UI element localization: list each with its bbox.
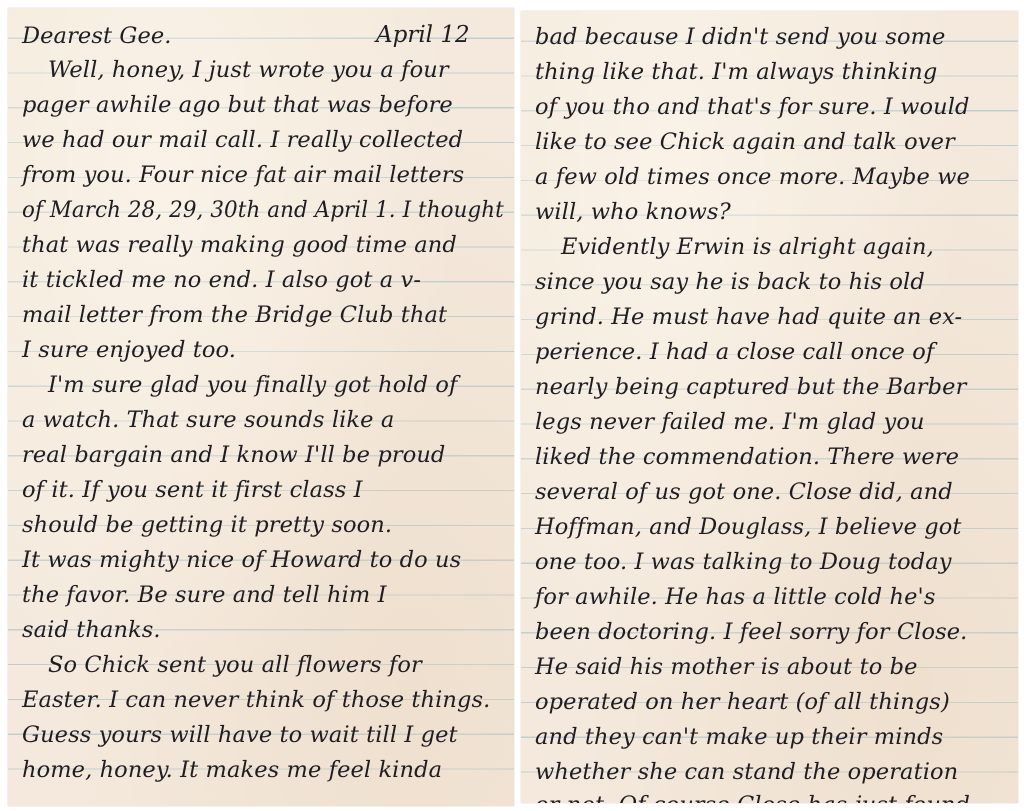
- letter-line: since you say he is back to his old: [535, 268, 925, 296]
- letter-line: Easter. I can never think of those thing…: [22, 686, 490, 714]
- letter-line: of you tho and that's for sure. I would: [535, 93, 970, 121]
- letter-line: Guess yours will have to wait till I get: [22, 721, 458, 749]
- letter-date: April 12: [376, 22, 470, 48]
- letter-line: legs never failed me. I'm glad you: [535, 408, 925, 436]
- letter-line: we had our mail call. I really collected: [22, 126, 463, 154]
- letter-page-right: bad because I didn't send you some thing…: [521, 11, 1018, 803]
- letter-line: from you. Four nice fat air mail letters: [22, 161, 464, 189]
- letter-line: I'm sure glad you finally got hold of: [48, 371, 457, 399]
- letter-line: for awhile. He has a little cold he's: [535, 583, 936, 611]
- salutation: Dearest Gee.: [22, 22, 172, 50]
- letter-line: will, who knows?: [535, 198, 731, 226]
- letter-line: said thanks.: [22, 616, 161, 644]
- letter-line: should be getting it pretty soon.: [22, 511, 392, 539]
- letter-line: or not. Of course Close has just found: [535, 791, 970, 803]
- letter-line: pager awhile ago but that was before: [22, 91, 453, 119]
- letter-line: real bargain and I know I'll be proud: [22, 441, 445, 469]
- letter-line: perience. I had a close call once of: [535, 338, 934, 366]
- letter-page-left: Dearest Gee. April 12 Well, honey, I jus…: [8, 8, 514, 806]
- letter-line: I sure enjoyed too.: [22, 336, 236, 364]
- letter-line: mail letter from the Bridge Club that: [22, 301, 447, 329]
- letter-line: thing like that. I'm always thinking: [535, 58, 937, 86]
- letter-line: whether she can stand the operation: [535, 758, 958, 786]
- left-page-text: Dearest Gee. April 12 Well, honey, I jus…: [8, 8, 514, 806]
- letter-line: the favor. Be sure and tell him I: [22, 581, 387, 609]
- letter-line: like to see Chick again and talk over: [535, 128, 955, 156]
- letter-line: liked the commendation. There were: [535, 443, 959, 471]
- letter-line: been doctoring. I feel sorry for Close.: [535, 618, 967, 646]
- letter-line: a watch. That sure sounds like a: [22, 406, 394, 434]
- letter-line: of March 28, 29, 30th and April 1. I tho…: [22, 196, 504, 224]
- letter-line: a few old times once more. Maybe we: [535, 163, 970, 191]
- letter-line: Evidently Erwin is alright again,: [561, 233, 934, 261]
- letter-line: it tickled me no end. I also got a v-: [22, 266, 421, 294]
- letter-line: nearly being captured but the Barber: [535, 373, 966, 401]
- letter-line: several of us got one. Close did, and: [535, 478, 953, 506]
- letter-line: Hoffman, and Douglass, I believe got: [535, 513, 962, 541]
- letter-line: and they can't make up their minds: [535, 723, 943, 751]
- letter-line: that was really making good time and: [22, 231, 457, 259]
- letter-line: So Chick sent you all flowers for: [48, 651, 422, 679]
- letter-line: It was mighty nice of Howard to do us: [22, 546, 461, 574]
- right-page-text: bad because I didn't send you some thing…: [521, 11, 1018, 803]
- letter-line: Well, honey, I just wrote you a four: [48, 56, 449, 84]
- letter-line: home, honey. It makes me feel kinda: [22, 756, 442, 784]
- letter-line: of it. If you sent it first class I: [22, 476, 363, 504]
- letter-line: grind. He must have had quite an ex-: [535, 303, 962, 331]
- letter-line: bad because I didn't send you some: [535, 23, 945, 51]
- letter-line: He said his mother is about to be: [535, 653, 918, 681]
- letter-line: one too. I was talking to Doug today: [535, 548, 952, 576]
- letter-line: operated on her heart (of all things): [535, 688, 950, 716]
